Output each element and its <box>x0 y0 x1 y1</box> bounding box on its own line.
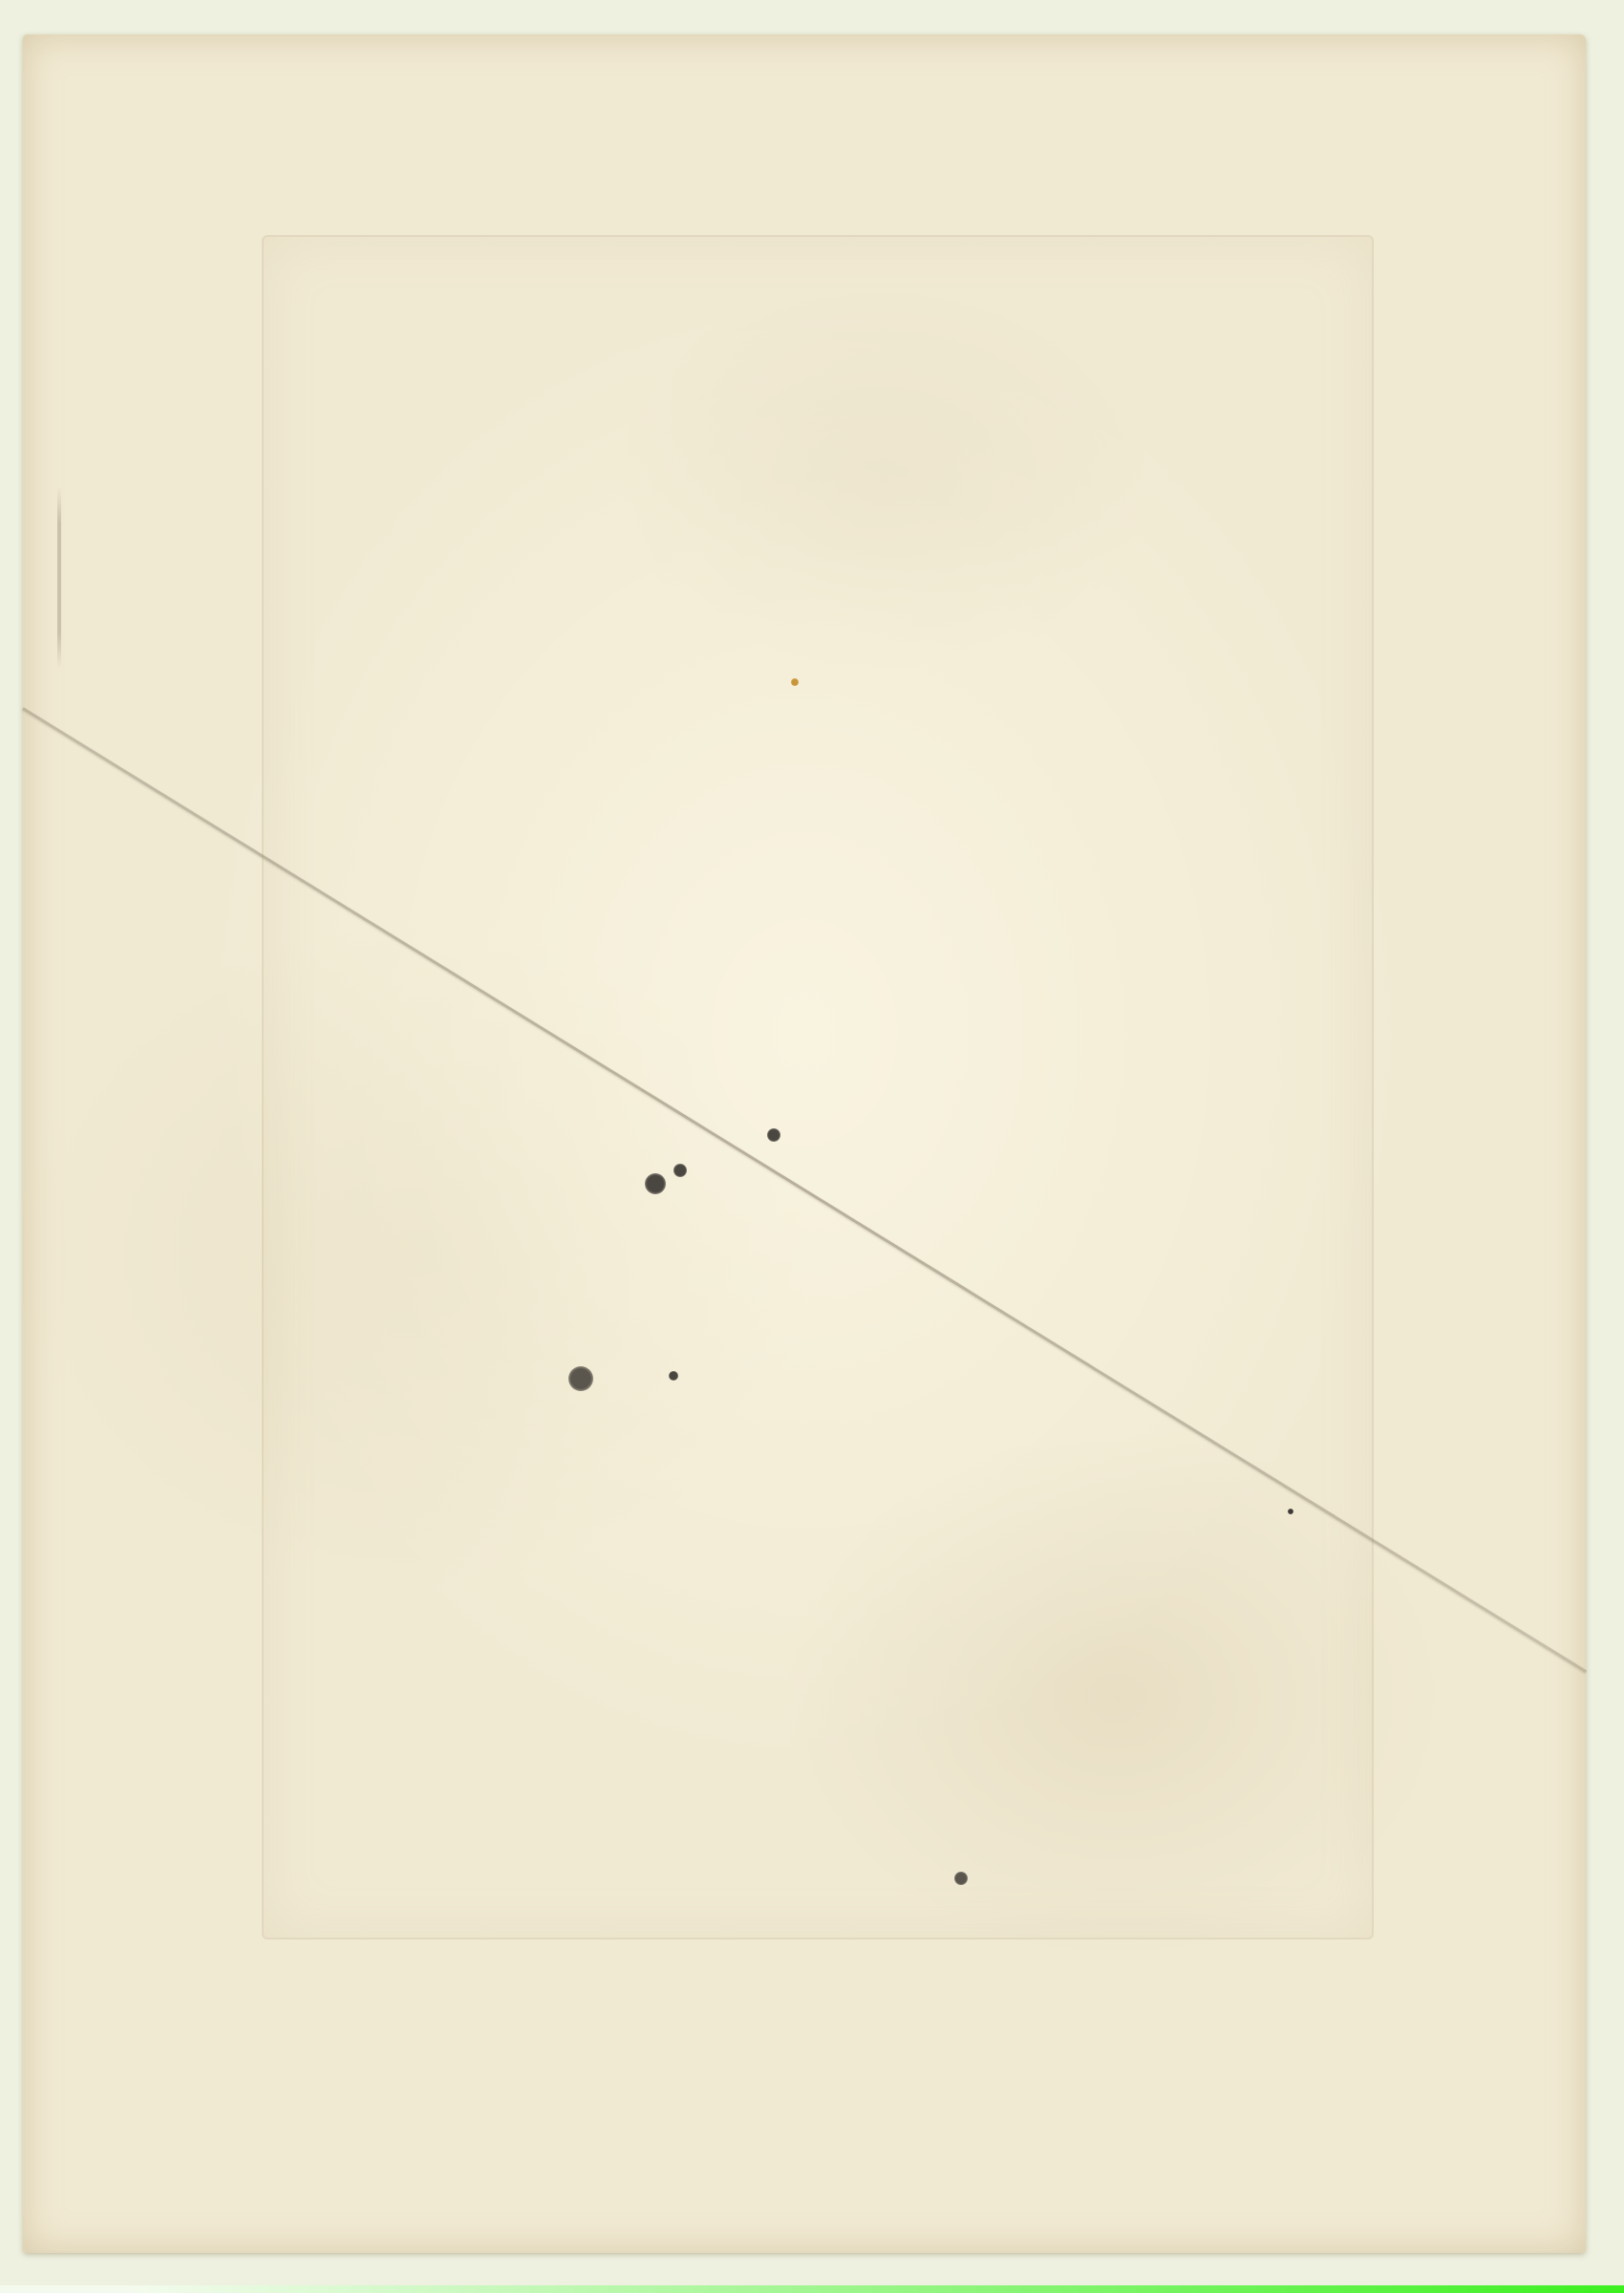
foxing-spot <box>767 1128 780 1142</box>
scanned-image <box>0 0 1624 2293</box>
foxing-spot <box>791 678 799 686</box>
left-crease <box>57 487 61 669</box>
foxing-spot <box>669 1371 678 1381</box>
foxing-spot <box>954 1872 968 1885</box>
paper-sheet <box>23 34 1586 2253</box>
green-gradient-bar <box>0 2285 1624 2293</box>
foxing-spot <box>1288 1509 1293 1514</box>
foxing-spot <box>673 1164 687 1177</box>
plate-mark <box>262 235 1374 1939</box>
foxing-spot <box>568 1366 593 1391</box>
foxing-spot <box>645 1173 666 1194</box>
